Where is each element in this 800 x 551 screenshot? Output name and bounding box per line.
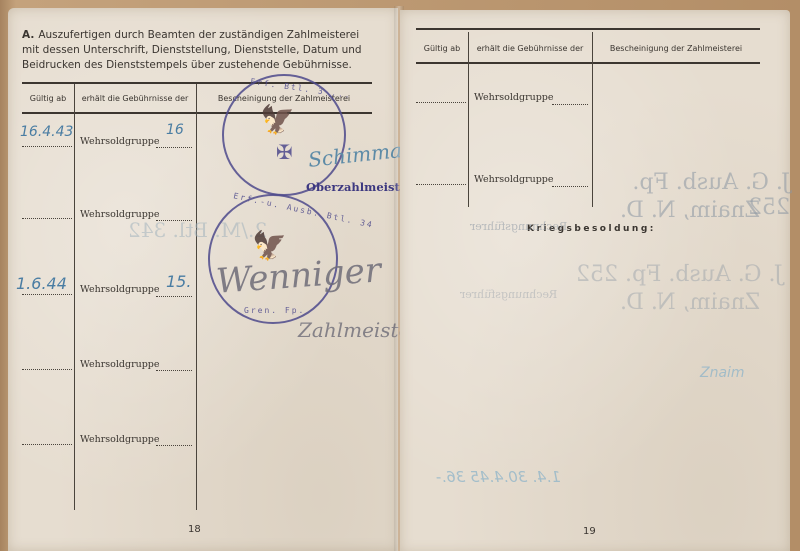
row-4-label: Wehrsoldgruppe — [80, 359, 160, 370]
ghost-handwritten-numbers: 1.4. 30.4.45 36.- — [436, 468, 561, 486]
row-3-date: 1.6.44 — [16, 274, 67, 293]
row-4-date-line — [22, 369, 72, 370]
column-header-entitlement: erhält die Gebührnisse der — [74, 94, 196, 103]
row-5-label: Wehrsoldgruppe — [80, 434, 160, 445]
column-header-valid-from: Gültig ab — [416, 44, 468, 53]
ghost-handwriting: Znaim — [700, 365, 745, 381]
booklet: A.Auszufertigen durch Beamten der zustän… — [0, 0, 800, 551]
official-stamp-eagle: Erf. Btl. 3 ... 🦅 ✠ — [222, 74, 346, 196]
ghost-stamp-line-2: Znaim, N. D. — [620, 198, 760, 223]
row-5-date-line — [22, 444, 72, 445]
row-2-group-line — [552, 186, 588, 187]
row-1-group: 16 — [166, 122, 184, 138]
eagle-emblem-icon: 🦅 — [260, 106, 295, 134]
page-number: 18 — [188, 524, 201, 535]
right-page: Gültig ab erhält die Gebührnisse der Bes… — [400, 10, 790, 551]
row-3-label: Wehrsoldgruppe — [80, 284, 160, 295]
row-1-group-line — [552, 104, 588, 105]
row-3-date-line — [22, 294, 72, 295]
row-2-label: Wehrsoldgruppe — [474, 174, 554, 185]
column-header-certification: Bescheinigung der Zahlmeisterei — [592, 44, 760, 53]
row-1-label: Wehrsoldgruppe — [474, 92, 554, 103]
instructions-body: Auszufertigen durch Beamten der zuständi… — [22, 29, 362, 71]
stamp-2-bottom-text: Gren. Fp. — [244, 306, 305, 315]
page-number: 19 — [583, 526, 596, 537]
wreath-emblem-icon: ✠ — [276, 138, 293, 166]
column-divider — [196, 84, 197, 510]
row-4-group-line — [156, 370, 192, 371]
row-1-group-line — [156, 147, 192, 148]
column-divider — [74, 84, 75, 510]
row-5-group-line — [156, 445, 192, 446]
row-1-date: 16.4.43 — [20, 124, 73, 140]
section-letter: A. — [22, 29, 34, 41]
row-1-date-line — [416, 102, 466, 103]
eagle-emblem-icon: 🦅 — [252, 232, 287, 260]
ghost-stamp-line-1b: J. G. Ausb. Fp. 252 — [576, 262, 783, 287]
ghost-stamp-sub-1: Rechnungsführer — [470, 220, 567, 233]
row-1-date-line — [22, 146, 72, 147]
row-3-group: 15. — [166, 272, 191, 291]
instructions-text: A.Auszufertigen durch Beamten der zustän… — [22, 28, 372, 73]
stamp-2-text: Erf.-u. Ausb. Btl. 34 — [233, 191, 375, 230]
column-divider — [468, 32, 469, 207]
table-top-rule — [416, 28, 760, 30]
row-1-label: Wehrsoldgruppe — [80, 136, 160, 147]
column-header-entitlement: erhält die Gebührnisse der — [468, 44, 592, 53]
stamp-1-text: Erf. Btl. 3 ... — [250, 77, 353, 100]
ghost-stamp-sub-2: Rechnungsführer — [460, 288, 557, 301]
column-header-valid-from: Gültig ab — [22, 94, 74, 103]
row-2-date-line — [22, 218, 72, 219]
left-page: A.Auszufertigen durch Beamten der zustän… — [8, 8, 398, 551]
row-3-group-line — [156, 296, 192, 297]
ghost-stamp-line-2b: Znaim, N. D. — [620, 290, 760, 315]
row-2-date-line — [416, 184, 466, 185]
